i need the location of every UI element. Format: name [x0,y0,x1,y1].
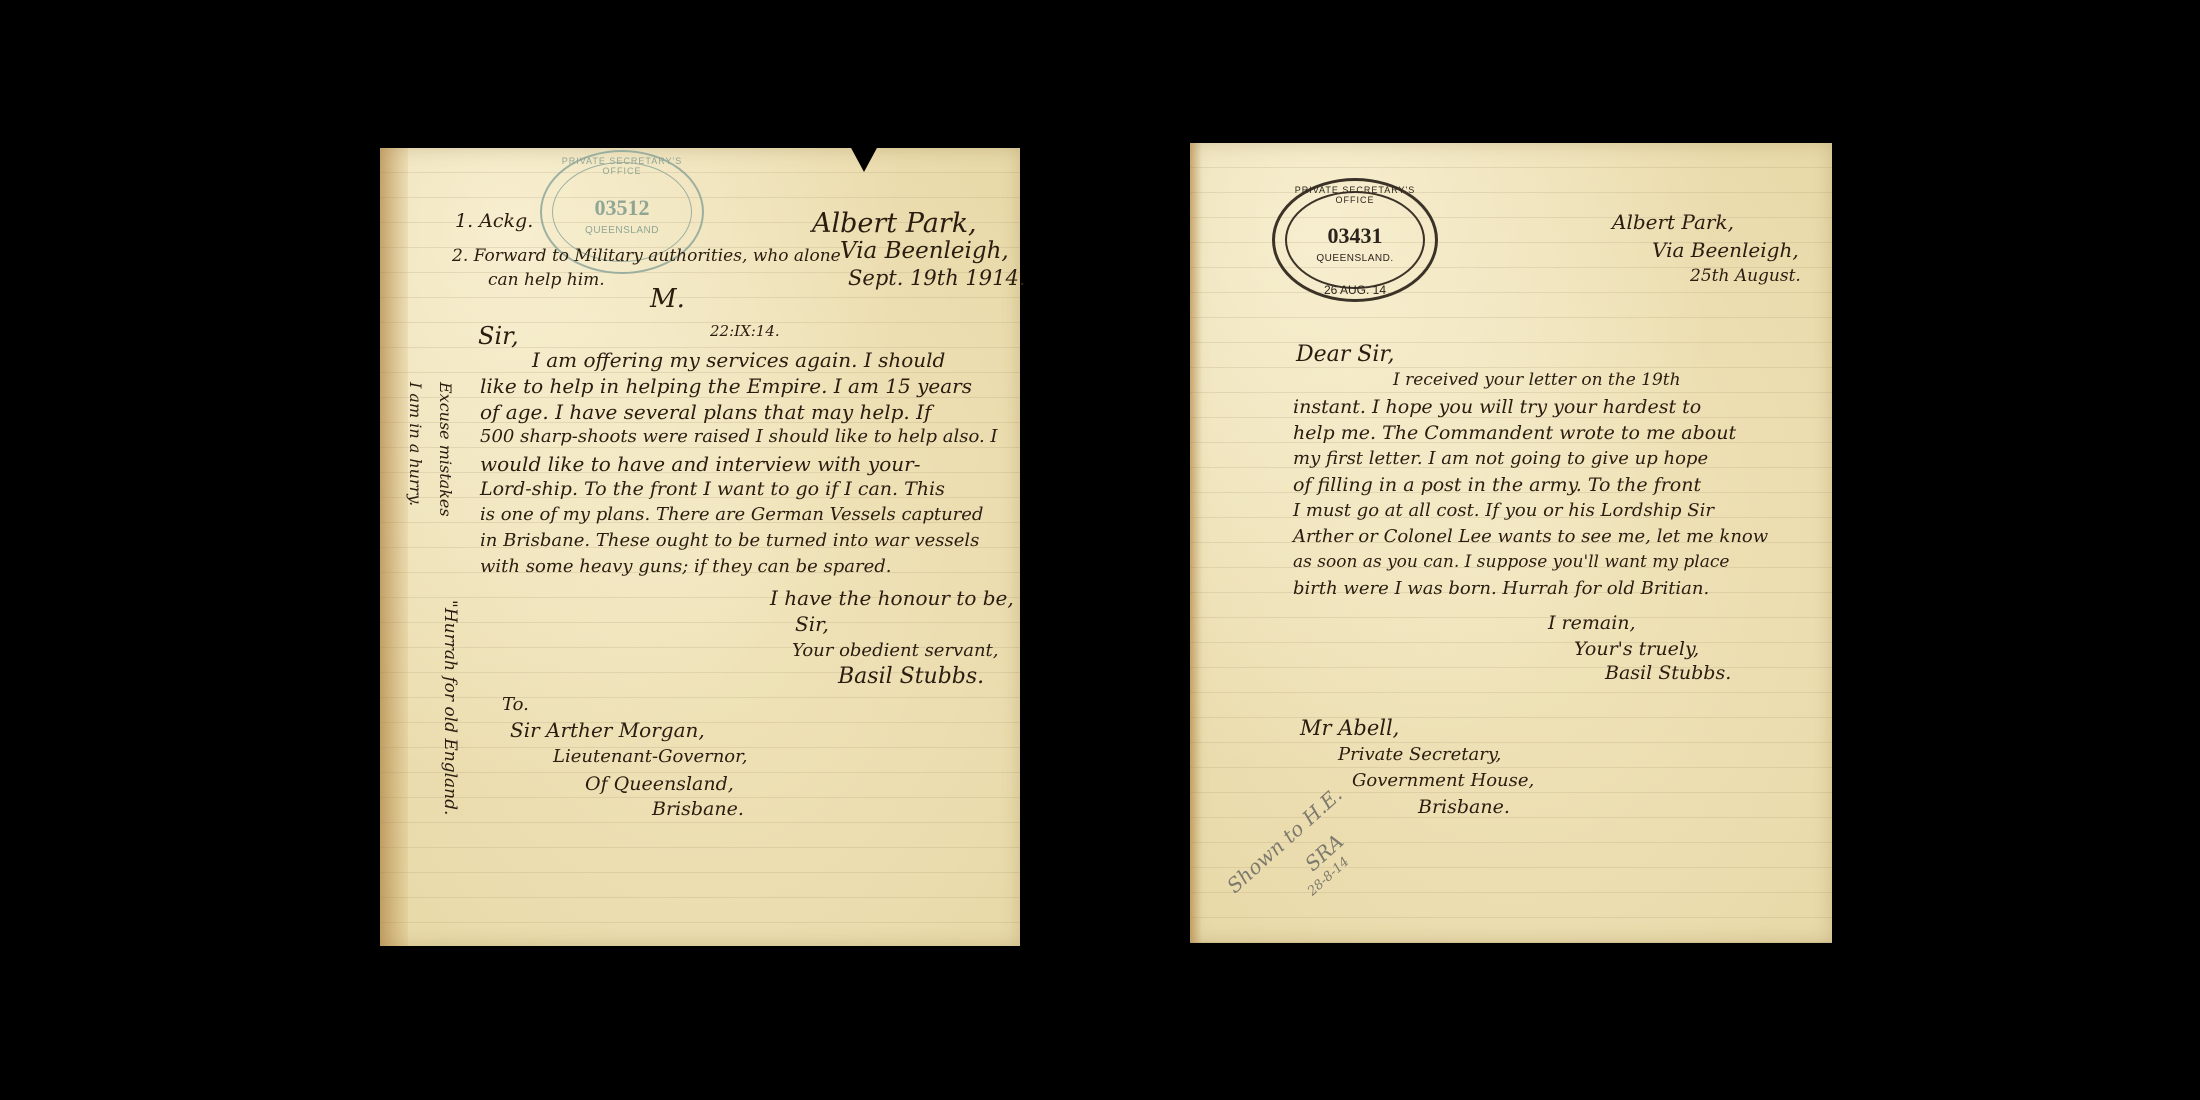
body-line: help me. The Commandent wrote to me abou… [1293,422,1833,448]
recipient-line-3: Of Queensland, [585,773,734,795]
body-line: 500 sharp-shoots were raised I should li… [480,426,1020,452]
signature: Basil Stubbs. [838,664,984,689]
annotation-line-2: 2. Forward to Military authorities, who … [452,246,841,266]
stamp-ring-text: PRIVATE SECRETARY'S OFFICE [1275,185,1435,205]
sender-address-line-2: Via Beenleigh, [840,238,1009,264]
body-line: Lord-ship. To the front I want to go if … [480,478,1020,504]
body-line: of filling in a post in the army. To the… [1293,474,1833,500]
sender-address-line-1: Albert Park, [1612,210,1734,234]
recipient-line-4: Brisbane. [1418,796,1510,818]
body-line: of age. I have several plans that may he… [480,400,1020,426]
margin-note-1: Excuse mistakes [436,382,455,517]
body-line: birth were I was born. Hurrah for old Br… [1293,578,1833,604]
salutation: Sir, [478,322,519,350]
recipient-line-2: Lieutenant-Governor, [553,746,748,767]
recipient-line-1: Sir Arther Morgan, [510,718,705,742]
annotation-line-3: can help him. [488,270,605,290]
letter-date: Sept. 19th 1914. [848,266,1026,290]
closing-line-2: Your's truely, [1574,638,1699,660]
salutation: Dear Sir, [1296,342,1394,367]
signature: Basil Stubbs. [1605,662,1731,684]
body-line: my first letter. I am not going to give … [1293,448,1833,474]
body-line: I received your letter on the 19th [1393,370,1933,396]
margin-note-3: "Hurrah for old England. [440,600,460,815]
body-line: is one of my plans. There are German Ves… [480,504,1020,530]
recipient-line-3: Government House, [1352,770,1534,791]
letter-date: 25th August. [1690,266,1801,286]
body-line: as soon as you can. I suppose you'll wan… [1293,552,1833,578]
sender-address-line-2: Via Beenleigh, [1652,238,1799,262]
body-line: in Brisbane. These ought to be turned in… [480,530,1020,556]
letter-body: I am offering my services again. I shoul… [480,348,1020,582]
letter-body: I received your letter on the 19th insta… [1293,370,1833,604]
recipient-to: To. [502,694,529,715]
body-line: with some heavy guns; if they can be spa… [480,556,1020,582]
body-line: I must go at all cost. If you or his Lor… [1293,500,1833,526]
closing-line-2: Sir, [795,612,829,636]
stamp-inner-ring [1285,191,1425,289]
annotation-line-1: 1. Ackg. [455,210,533,232]
body-line: Arther or Colonel Lee wants to see me, l… [1293,526,1833,552]
annotation-date: 22:IX:14. [710,322,780,340]
closing-line-1: I have the honour to be, [770,586,1014,610]
recipient-line-1: Mr Abell, [1300,716,1399,740]
annotation-initials: M. [650,284,685,314]
recipient-line-4: Brisbane. [652,798,744,820]
margin-note-2: I am in a hurry. [406,382,425,506]
closing-line-3: Your obedient servant, [792,640,999,661]
body-line: I am offering my services again. I shoul… [532,348,1072,374]
body-line: would like to have and interview with yo… [480,452,1020,478]
closing-line-1: I remain, [1548,612,1636,634]
body-line: like to help in helping the Empire. I am… [480,374,1020,400]
received-stamp-right: PRIVATE SECRETARY'S OFFICE 03431 QUEENSL… [1272,178,1438,302]
stamp-ring-text: PRIVATE SECRETARY'S OFFICE [542,156,702,176]
body-line: instant. I hope you will try your hardes… [1293,396,1833,422]
recipient-line-2: Private Secretary, [1338,744,1501,765]
stamp-date: 26 AUG. 14 [1324,283,1386,297]
sender-address-line-1: Albert Park, [812,208,977,239]
